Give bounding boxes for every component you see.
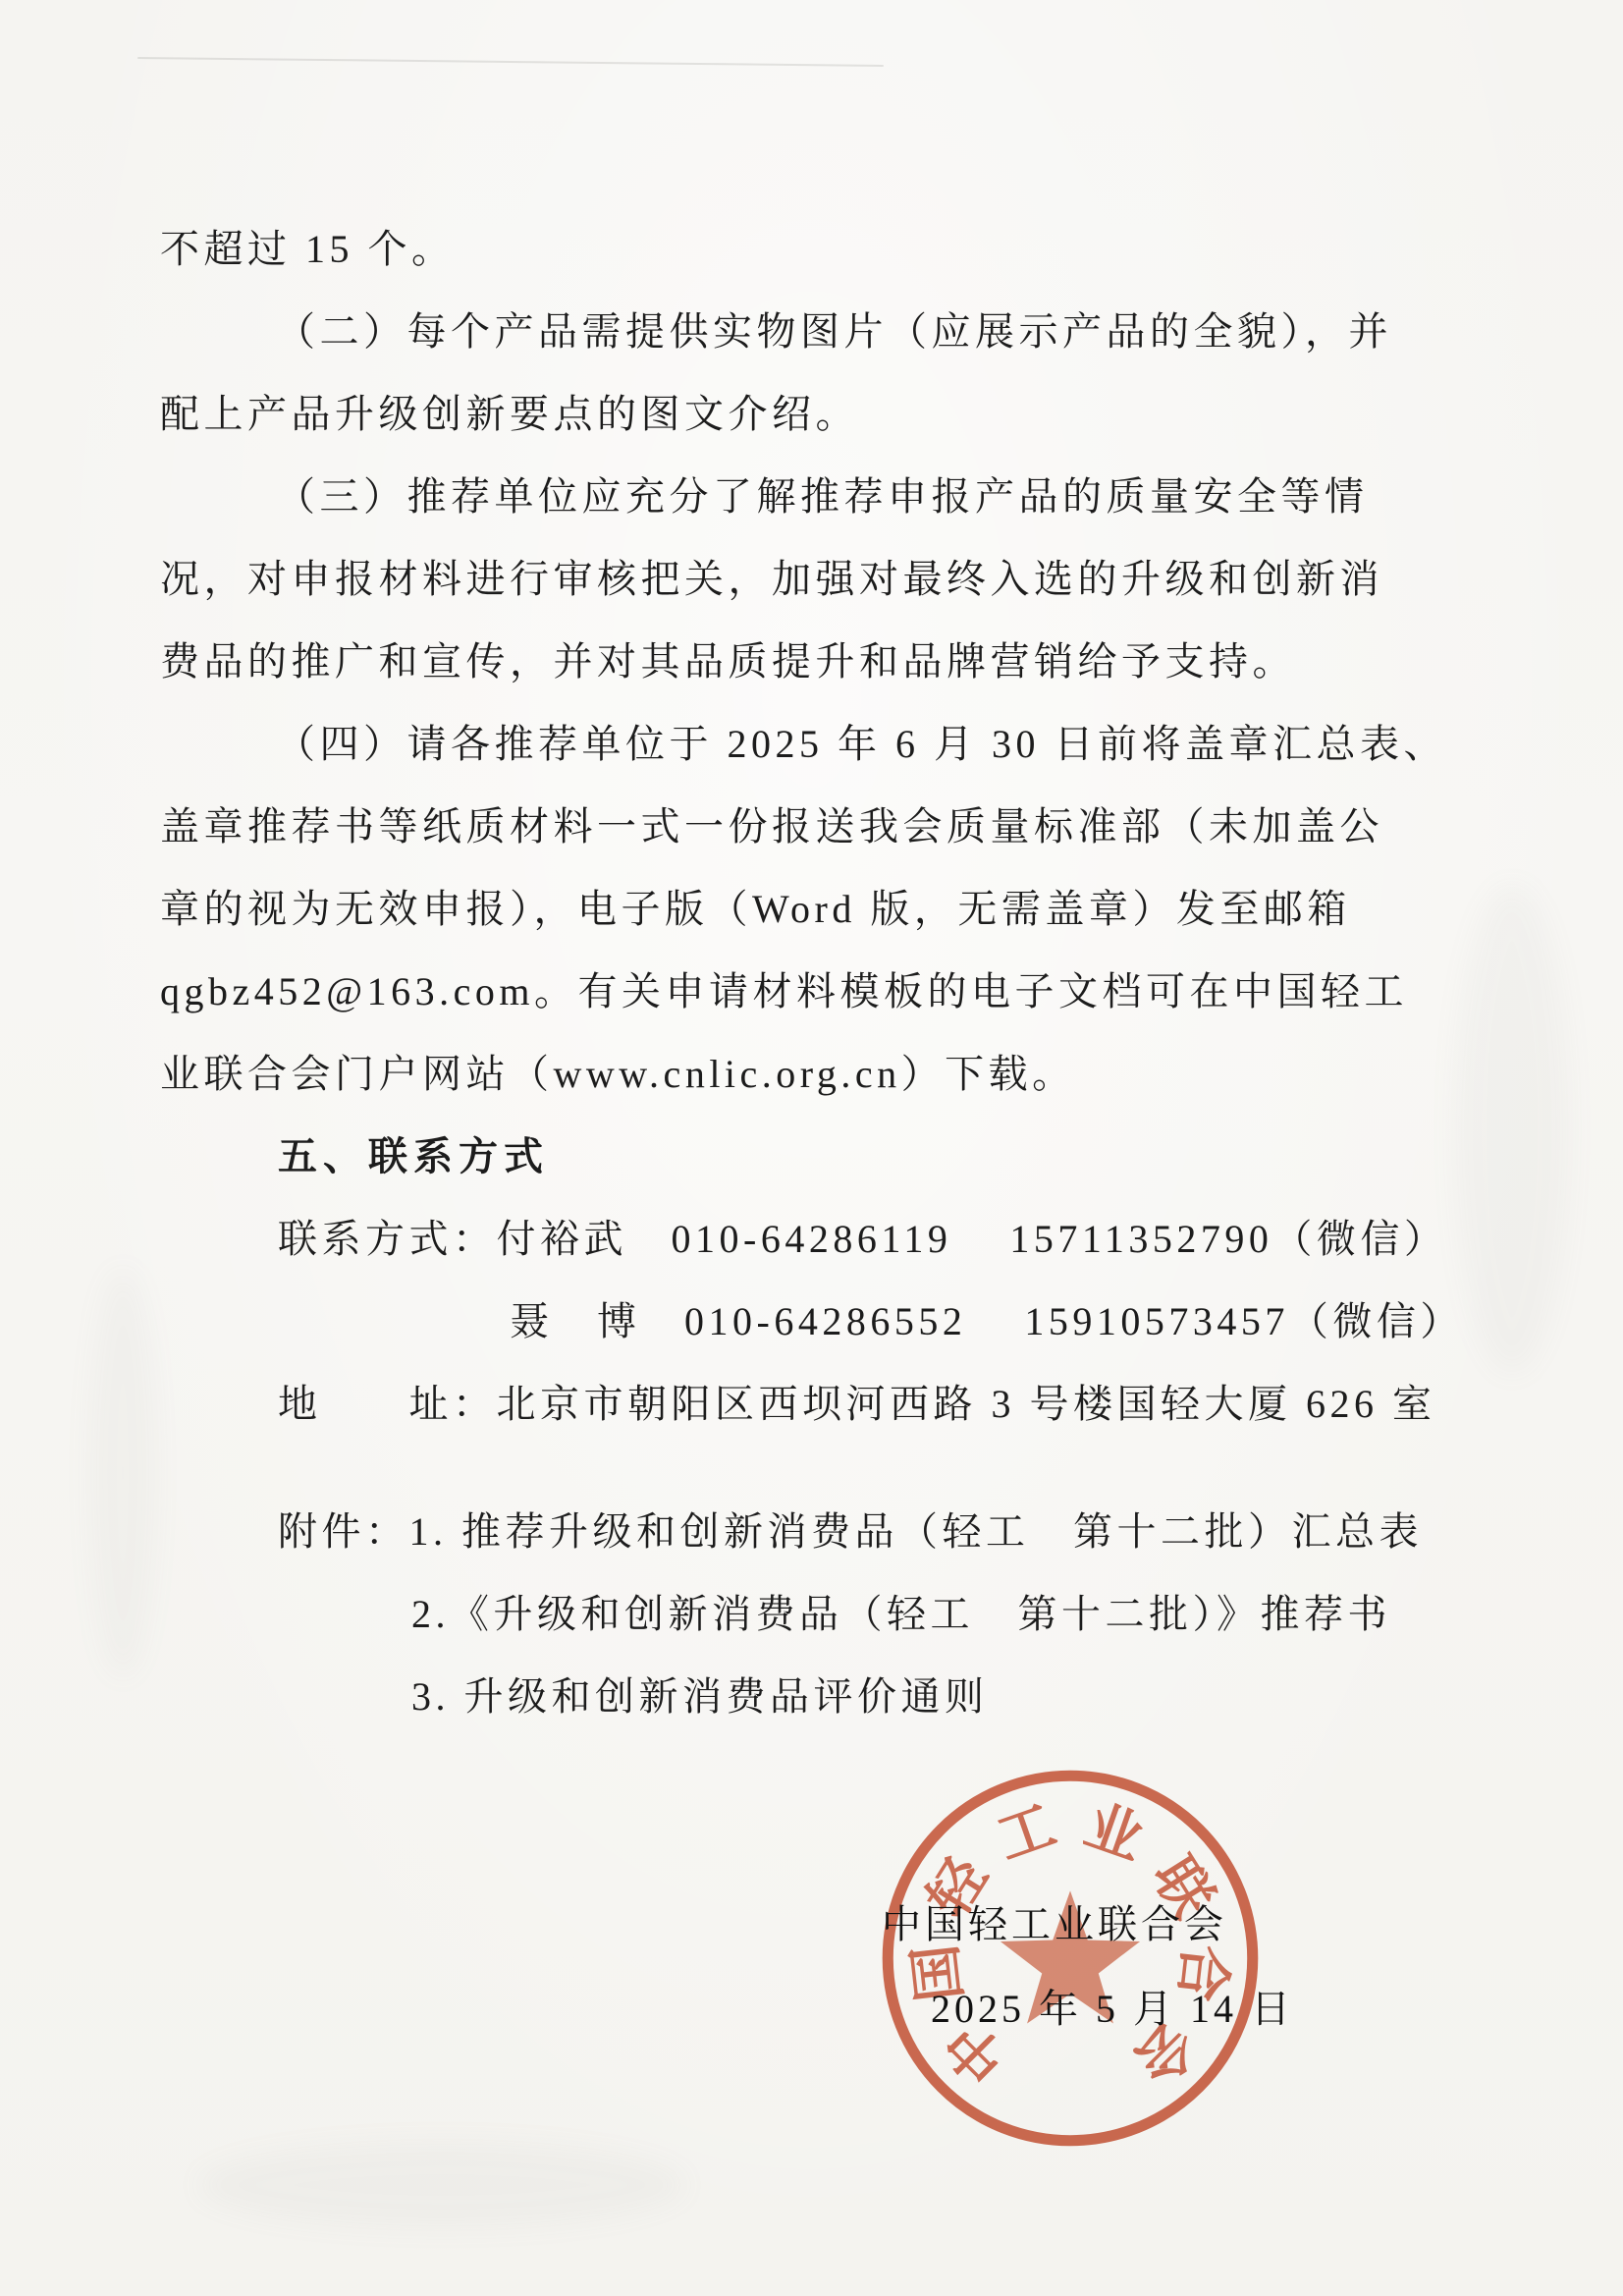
attachment-line: 2.《升级和创新消费品（轻工 第十二批）》推荐书 xyxy=(160,1573,1481,1656)
scan-smudge xyxy=(88,1267,157,1679)
text-line: 配上产品升级创新要点的图文介绍。 xyxy=(160,373,1481,456)
section-heading: 五、联系方式 xyxy=(160,1116,1481,1198)
text-line: 况，对申报材料进行审核把关，加强对最终入选的升级和创新消 xyxy=(160,538,1481,621)
text-line: 盖章推荐书等纸质材料一式一份报送我会质量标准部（未加盖公 xyxy=(160,786,1481,868)
document-body: 不超过 15 个。 （二）每个产品需提供实物图片（应展示产品的全貌），并 配上产… xyxy=(160,208,1481,1738)
stamp-char: 工 xyxy=(990,1795,1063,1872)
signature-org: 中国轻工业联合会 xyxy=(882,1893,1227,1949)
stamp-char: 业 xyxy=(1077,1795,1151,1872)
attachment-line: 3. 升级和创新消费品评价通则 xyxy=(160,1656,1481,1738)
scan-smudge xyxy=(196,2141,687,2229)
text-line: （二）每个产品需提供实物图片（应展示产品的全貌），并 xyxy=(160,291,1481,373)
scanned-document-page: 不超过 15 个。 （二）每个产品需提供实物图片（应展示产品的全貌），并 配上产… xyxy=(0,0,1623,2296)
attachment-line: 附件：1. 推荐升级和创新消费品（轻工 第十二批）汇总表 xyxy=(160,1491,1481,1573)
scan-artifact-line xyxy=(137,57,884,67)
contact-line: 聂 博 010-64286552 15910573457（微信） xyxy=(160,1281,1481,1363)
address-line: 地 址：北京市朝阳区西坝河西路 3 号楼国轻大厦 626 室 xyxy=(160,1363,1481,1446)
text-line: 章的视为无效申报），电子版（Word 版，无需盖章）发至邮箱 xyxy=(160,868,1481,951)
text-line: 业联合会门户网站（www.cnlic.org.cn）下载。 xyxy=(160,1033,1481,1116)
text-line: 不超过 15 个。 xyxy=(160,208,1481,291)
text-line: 费品的推广和宣传，并对其品质提升和品牌营销给予支持。 xyxy=(160,621,1481,703)
official-seal-stamp: 中 国 轻 工 业 联 合 会 xyxy=(862,1750,1278,2166)
text-line: （四）请各推荐单位于 2025 年 6 月 30 日前将盖章汇总表、 xyxy=(160,703,1481,786)
signature-date: 2025 年 5 月 14 日 xyxy=(931,1978,1294,2034)
text-line: （三）推荐单位应充分了解推荐申报产品的质量安全等情 xyxy=(160,456,1481,538)
text-line: qgbz452@163.com。有关申请材料模板的电子文档可在中国轻工 xyxy=(160,951,1481,1033)
contact-line: 联系方式：付裕武 010-64286119 15711352790（微信） xyxy=(160,1198,1481,1281)
